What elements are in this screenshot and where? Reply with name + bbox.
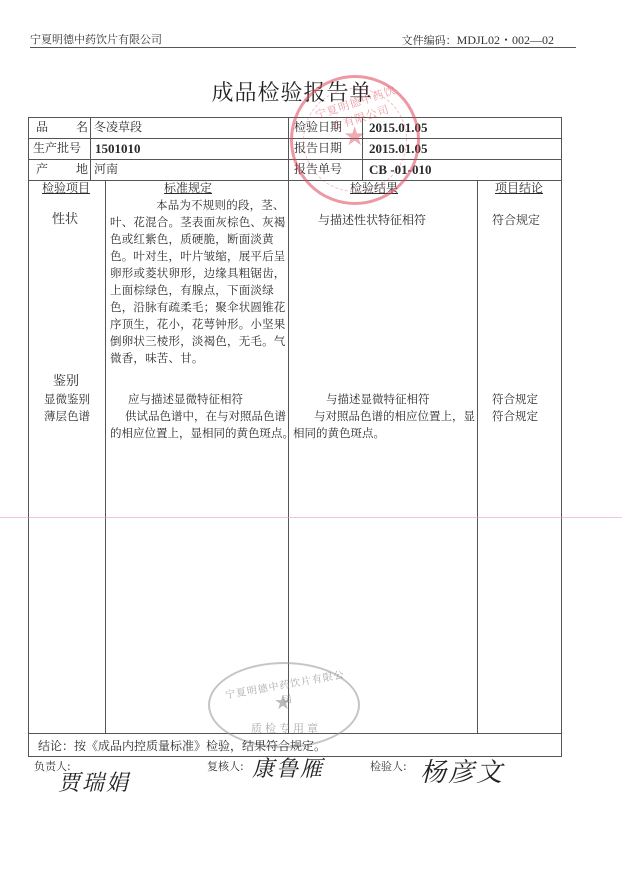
- scan-artifact-line: [0, 517, 622, 518]
- standard-micro: 应与描述显微特征相符: [128, 391, 243, 408]
- item-identification: 鉴别: [53, 371, 79, 392]
- item-tlc: 薄层色谱: [44, 408, 90, 425]
- result-tlc-line1: 与对照品色谱的相应位置上，显: [314, 408, 475, 425]
- inspector-label: 检验人:: [370, 758, 407, 774]
- origin-label: 产地: [36, 159, 88, 180]
- result-character: 与描述性状特征相符: [318, 210, 426, 231]
- result-tlc-line2: 相同的黄色斑点。: [293, 425, 385, 442]
- star-icon: ★: [274, 690, 292, 714]
- document-code-label: 文件编码：: [402, 34, 457, 47]
- standard-tlc-line1: 供试品色谱中，在与对照品色谱: [125, 408, 286, 425]
- report-date-value: 2015.01.05: [369, 138, 428, 159]
- col-divider: [477, 180, 478, 733]
- page-title: 成品检验报告单: [0, 76, 584, 107]
- item-character: 性状: [52, 209, 78, 230]
- responsible-signature: 贾瑞娟: [58, 766, 130, 797]
- report-no-value: CB -01-010: [369, 159, 431, 180]
- col-header-standard: 标准规定: [164, 178, 212, 199]
- inspector-signature: 杨彦文: [420, 752, 504, 789]
- standard-character: 本品为不规则的段，茎、叶、花混合。茎表面灰棕色、灰褐色或红紫色，质硬脆，断面淡黄…: [110, 197, 286, 367]
- document-code: 文件编码：MDJL02・002—02: [402, 31, 554, 48]
- document-code-value: MDJL02・002—02: [457, 33, 554, 47]
- table-border-right: [561, 117, 562, 757]
- reviewer-signature: 康鲁雁: [252, 752, 324, 783]
- batch-value: 1501010: [95, 138, 141, 159]
- item-micro: 显微鉴别: [44, 391, 90, 408]
- row-divider: [28, 733, 562, 734]
- product-name-value: 冬凌草段: [94, 117, 142, 138]
- result-micro: 与描述显微特征相符: [326, 391, 430, 408]
- col-divider: [288, 180, 289, 733]
- col-divider: [288, 117, 289, 180]
- batch-label: 生产批号: [33, 138, 81, 159]
- conclusion-tlc: 符合规定: [492, 408, 538, 425]
- report-no-label: 报告单号: [294, 159, 342, 180]
- product-name-label: 品名: [36, 117, 88, 138]
- col-header-conclusion: 项目结论: [495, 178, 543, 199]
- col-header-item: 检验项目: [42, 178, 90, 199]
- conclusion-character: 符合规定: [492, 210, 540, 231]
- origin-value: 河南: [94, 159, 118, 180]
- col-divider: [362, 117, 363, 180]
- conclusion-micro: 符合规定: [492, 391, 538, 408]
- inspect-date-label: 检验日期: [294, 117, 342, 138]
- inspect-date-value: 2015.01.05: [369, 117, 428, 138]
- col-divider: [105, 180, 106, 733]
- standard-tlc-line2: 的相应位置上，显相同的黄色斑点。: [110, 425, 294, 442]
- header-rule: [30, 47, 576, 48]
- qc-seal-gray: 宁夏明德中药饮片有限公司 ★ 质检专用章: [208, 662, 360, 748]
- company-name: 宁夏明德中药饮片有限公司: [30, 31, 162, 47]
- col-header-result: 检验结果: [350, 178, 398, 199]
- table-border-left: [28, 117, 29, 757]
- report-date-label: 报告日期: [294, 138, 342, 159]
- row-divider: [28, 180, 562, 181]
- col-divider: [90, 117, 91, 180]
- reviewer-label: 复核人:: [207, 758, 244, 774]
